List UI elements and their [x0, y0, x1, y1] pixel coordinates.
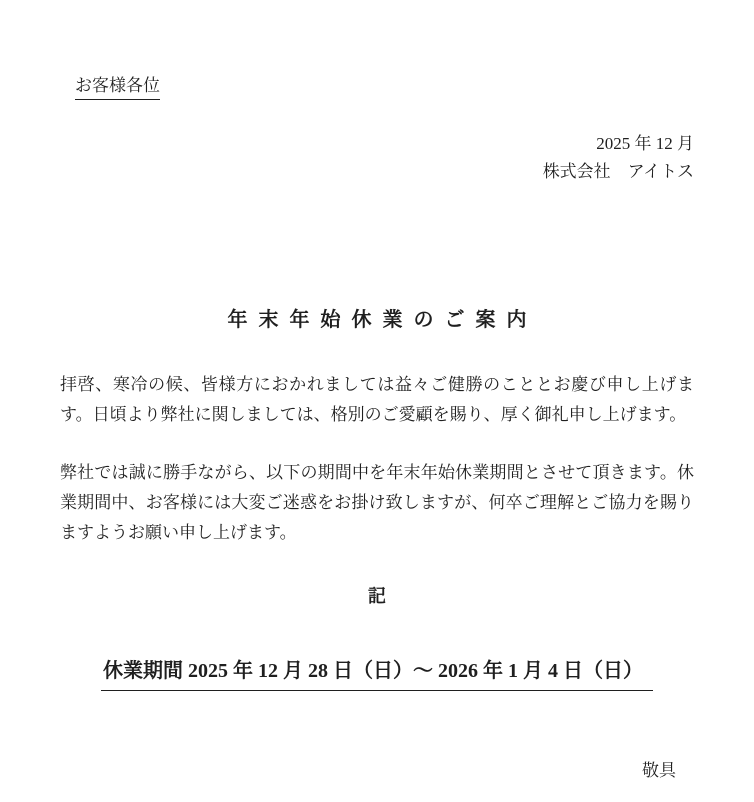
record-marker: 記 [60, 584, 694, 608]
notice-paragraph: 弊社では誠に勝手ながら、以下の期間中を年末年始休業期間とさせて頂きます。休業期間… [60, 458, 694, 548]
page-title: 年末年始休業のご案内 [60, 306, 694, 334]
sender-block: 2025 年 12 月 株式会社 アイトス [60, 130, 694, 186]
holiday-notice-document: お客様各位 2025 年 12 月 株式会社 アイトス 年末年始休業のご案内 拝… [0, 0, 754, 802]
recipient-line: お客様各位 [75, 74, 694, 100]
company-name: 株式会社 アイトス [60, 158, 694, 186]
recipient-text: お客様各位 [75, 74, 160, 100]
document-date: 2025 年 12 月 [60, 130, 694, 158]
holiday-period-line: 休業期間 2025 年 12 月 28 日（日）～ 2026 年 1 月 4 日… [60, 656, 694, 691]
valediction: 敬具 [60, 759, 694, 783]
holiday-period-text: 休業期間 2025 年 12 月 28 日（日）～ 2026 年 1 月 4 日… [101, 656, 653, 691]
greeting-paragraph: 拝啓、寒冷の候、皆様方におかれましては益々ご健勝のこととお慶び申し上げます。日頃… [60, 370, 694, 430]
